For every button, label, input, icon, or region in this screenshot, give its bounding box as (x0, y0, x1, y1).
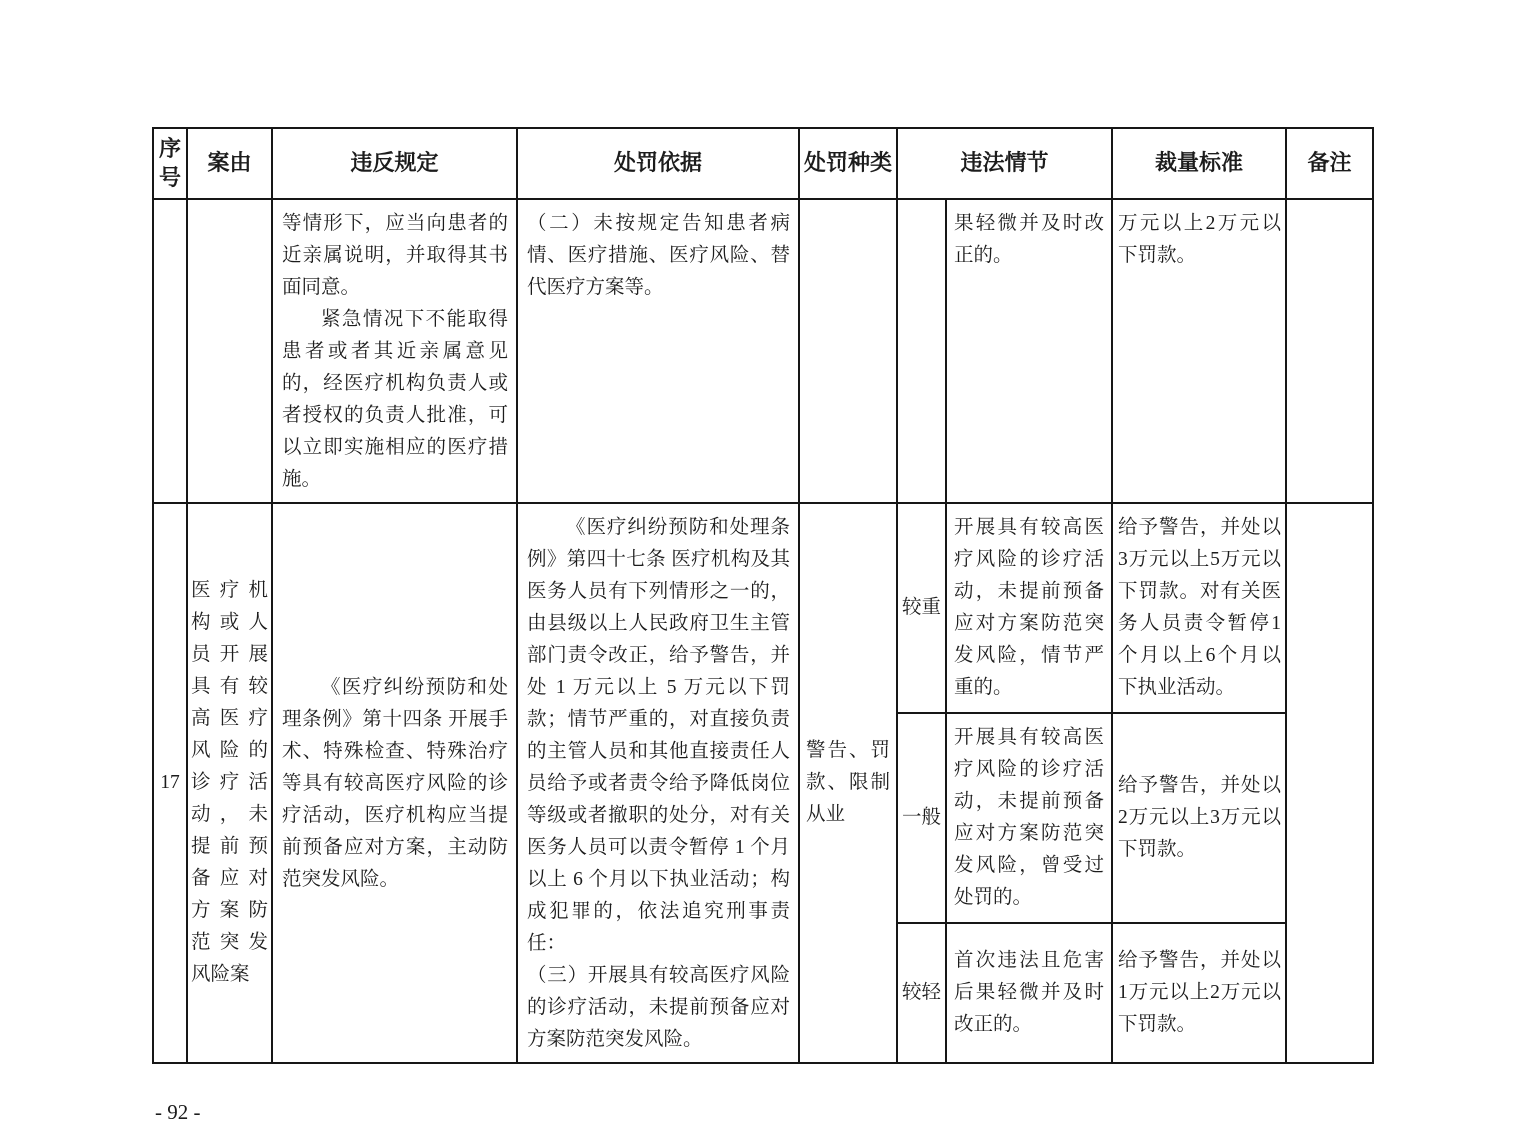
cell-violated-provision: 《医疗纠纷预防和处理条例》第十四条 开展手术、特殊检查、特殊治疗等具有较高医疗风… (272, 503, 517, 1063)
page-number: - 92 - (155, 1100, 1372, 1125)
violated-provision-text: 《医疗纠纷预防和处理条例》第十四条 开展手术、特殊检查、特殊治疗等具有较高医疗风… (282, 672, 508, 896)
header-serial-number: 序号 (153, 128, 187, 199)
cell-discretion-cont: 万元以上2万元以下罚款。 (1112, 199, 1286, 503)
cell-case-cause: 医疗机构或人员开展具有较高医疗风险的诊疗活动，未提前预备应对方案防范突发风险案 (187, 503, 272, 1063)
cell-remarks-empty (1286, 199, 1373, 503)
penalty-discretion-table: 序号 案由 违反规定 处罚依据 处罚种类 违法情节 裁量标准 备注 等情形下，应… (152, 127, 1374, 1064)
cell-serial-number: 17 (153, 503, 187, 1063)
cell-penalty-basis: 《医疗纠纷预防和处理条例》第四十七条 医疗机构及其医务人员有下列情形之一的，由县… (517, 503, 799, 1063)
cell-severity-minor: 较轻 (897, 923, 946, 1063)
header-case-cause: 案由 (187, 128, 272, 199)
violated-provision-paragraph-1: 等情形下，应当向患者的近亲属说明，并取得其书面同意。 (282, 208, 508, 304)
cell-case-cause-empty (187, 199, 272, 503)
header-discretion-standard: 裁量标准 (1112, 128, 1286, 199)
cell-discretion-general: 给予警告，并处以2万元以上3万元以下罚款。 (1112, 713, 1286, 923)
cell-severity-severe: 较重 (897, 503, 946, 713)
table-row-17-severe: 17 医疗机构或人员开展具有较高医疗风险的诊疗活动，未提前预备应对方案防范突发风… (153, 503, 1373, 713)
cell-violated-provision-cont: 等情形下，应当向患者的近亲属说明，并取得其书面同意。 紧急情况下不能取得患者或者… (272, 199, 517, 503)
cell-discretion-severe: 给予警告，并处以3万元以上5万元以下罚款。对有关医务人员责令暂停1个月以上6个月… (1112, 503, 1286, 713)
cell-circumstances-minor: 首次违法且危害后果轻微并及时改正的。 (946, 923, 1112, 1063)
document-page: 序号 案由 违反规定 处罚依据 处罚种类 违法情节 裁量标准 备注 等情形下，应… (152, 127, 1372, 1125)
cell-penalty-type: 警告、罚款、限制从业 (799, 503, 897, 1063)
violated-provision-paragraph-2: 紧急情况下不能取得患者或者其近亲属意见的，经医疗机构负责人或者授权的负责人批准，… (282, 304, 508, 496)
penalty-basis-paragraph-2: （三）开展具有较高医疗风险的诊疗活动，未提前预备应对方案防范突发风险。 (527, 960, 790, 1056)
header-penalty-basis: 处罚依据 (517, 128, 799, 199)
header-remarks: 备注 (1286, 128, 1373, 199)
penalty-basis-item: （二）未按规定告知患者病情、医疗措施、医疗风险、替代医疗方案等。 (527, 208, 790, 304)
cell-discretion-minor: 给予警告，并处以1万元以上2万元以下罚款。 (1112, 923, 1286, 1063)
cell-remarks (1286, 503, 1373, 1063)
penalty-basis-paragraph-1: 《医疗纠纷预防和处理条例》第四十七条 医疗机构及其医务人员有下列情形之一的，由县… (527, 512, 790, 960)
cell-circumstances-severe: 开展具有较高医疗风险的诊疗活动，未提前预备应对方案防范突发风险，情节严重的。 (946, 503, 1112, 713)
table-header-row: 序号 案由 违反规定 处罚依据 处罚种类 违法情节 裁量标准 备注 (153, 128, 1373, 199)
table-row-continuation: 等情形下，应当向患者的近亲属说明，并取得其书面同意。 紧急情况下不能取得患者或者… (153, 199, 1373, 503)
cell-serial-empty (153, 199, 187, 503)
cell-penalty-basis-cont: （二）未按规定告知患者病情、医疗措施、医疗风险、替代医疗方案等。 (517, 199, 799, 503)
header-penalty-type: 处罚种类 (799, 128, 897, 199)
header-violation-circumstances: 违法情节 (897, 128, 1112, 199)
cell-severity-general: 一般 (897, 713, 946, 923)
header-violated-provision: 违反规定 (272, 128, 517, 199)
cell-penalty-type-empty (799, 199, 897, 503)
cell-severity-empty (897, 199, 946, 503)
cell-circumstances-general: 开展具有较高医疗风险的诊疗活动，未提前预备应对方案防范突发风险，曾受过处罚的。 (946, 713, 1112, 923)
cell-circumstances-cont: 果轻微并及时改正的。 (946, 199, 1112, 503)
